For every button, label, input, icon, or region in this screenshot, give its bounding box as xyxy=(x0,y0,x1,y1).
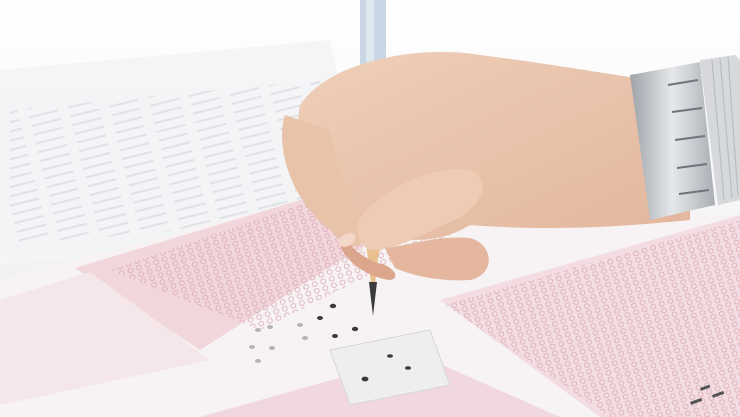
scene-illustration xyxy=(0,0,740,417)
photo-scene: Close-up photo of a hand holding a penci… xyxy=(0,0,740,417)
